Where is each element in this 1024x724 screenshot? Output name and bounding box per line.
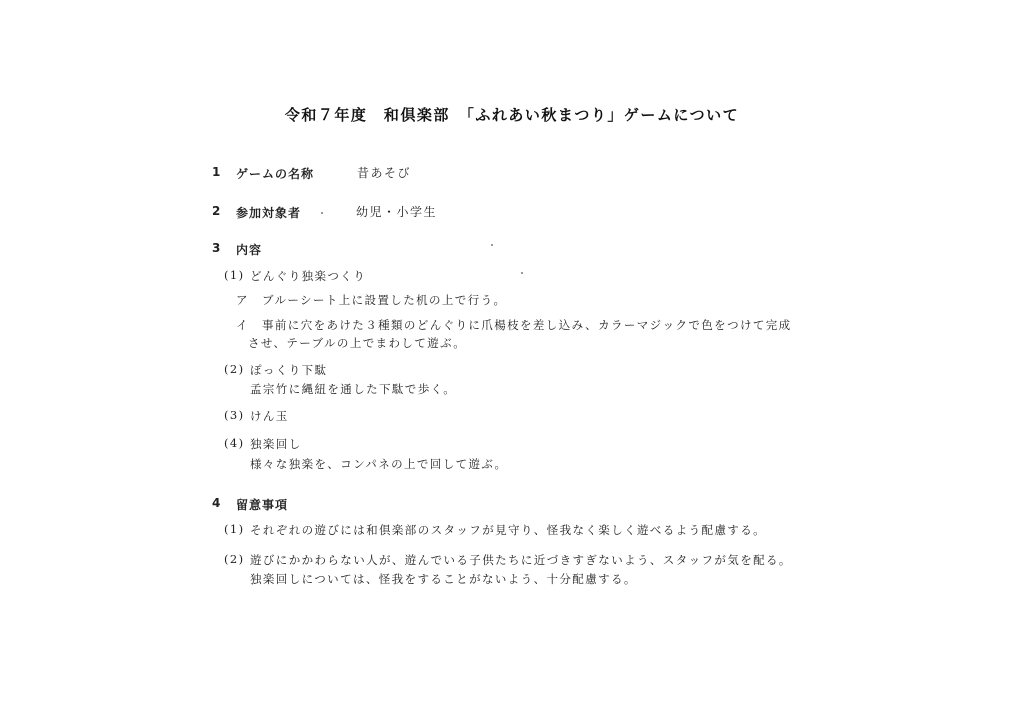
section-number: 4 [212, 496, 220, 510]
scan-speck [321, 212, 323, 214]
scan-speck [491, 244, 493, 246]
section-value: 幼児・小学生 [356, 203, 437, 220]
item-marker: (2) [224, 362, 245, 376]
section-label: 参加対象者 [236, 204, 301, 221]
item-heading: ぽっくり下駄 [250, 362, 327, 378]
subitem-marker: ア [236, 292, 249, 308]
item-marker: (4) [224, 436, 245, 450]
item-marker: (1) [224, 268, 245, 282]
section-label: ゲームの名称 [236, 165, 314, 182]
document-page: 令和７年度 和倶楽部 「ふれあい秋まつり」ゲームについて 1 ゲームの名称 昔あ… [0, 0, 1024, 724]
subitem-text-cont: させ、テーブルの上でまわして遊ぶ。 [248, 335, 466, 351]
item-marker: (1) [224, 522, 245, 536]
item-heading: 独楽回し [250, 436, 302, 452]
item-text: それぞれの遊びには和倶楽部のスタッフが見守り、怪我なく楽しく遊べるよう配慮する。 [250, 522, 766, 538]
section-number: 2 [212, 204, 220, 218]
item-marker: (2) [224, 552, 245, 566]
section-number: 1 [212, 165, 220, 179]
section-label: 内容 [236, 241, 262, 258]
item-text: 孟宗竹に縄紐を通した下駄で歩く。 [250, 381, 456, 397]
item-marker: (3) [224, 408, 245, 422]
scan-speck [521, 272, 523, 274]
subitem-text: ブルーシート上に設置した机の上で行う。 [262, 292, 506, 308]
subitem-text: 事前に穴をあけた３種類のどんぐりに爪楊枝を差し込み、カラーマジックで色をつけて完… [262, 317, 792, 333]
section-label: 留意事項 [236, 496, 288, 513]
section-number: 3 [212, 241, 220, 255]
item-text-cont: 独楽回しについては、怪我をすることがないよう、十分配慮する。 [250, 571, 637, 587]
item-heading: どんぐり独楽つくり [250, 268, 366, 284]
item-heading: けん玉 [250, 408, 289, 424]
section-value: 昔あそび [357, 164, 411, 181]
item-text: 遊びにかかわらない人が、遊んでいる子供たちに近づきすぎないよう、スタッフが気を配… [250, 552, 792, 568]
item-text: 様々な独楽を、コンパネの上で回して遊ぶ。 [250, 456, 507, 472]
subitem-marker: イ [236, 317, 249, 333]
document-title: 令和７年度 和倶楽部 「ふれあい秋まつり」ゲームについて [0, 104, 1024, 125]
